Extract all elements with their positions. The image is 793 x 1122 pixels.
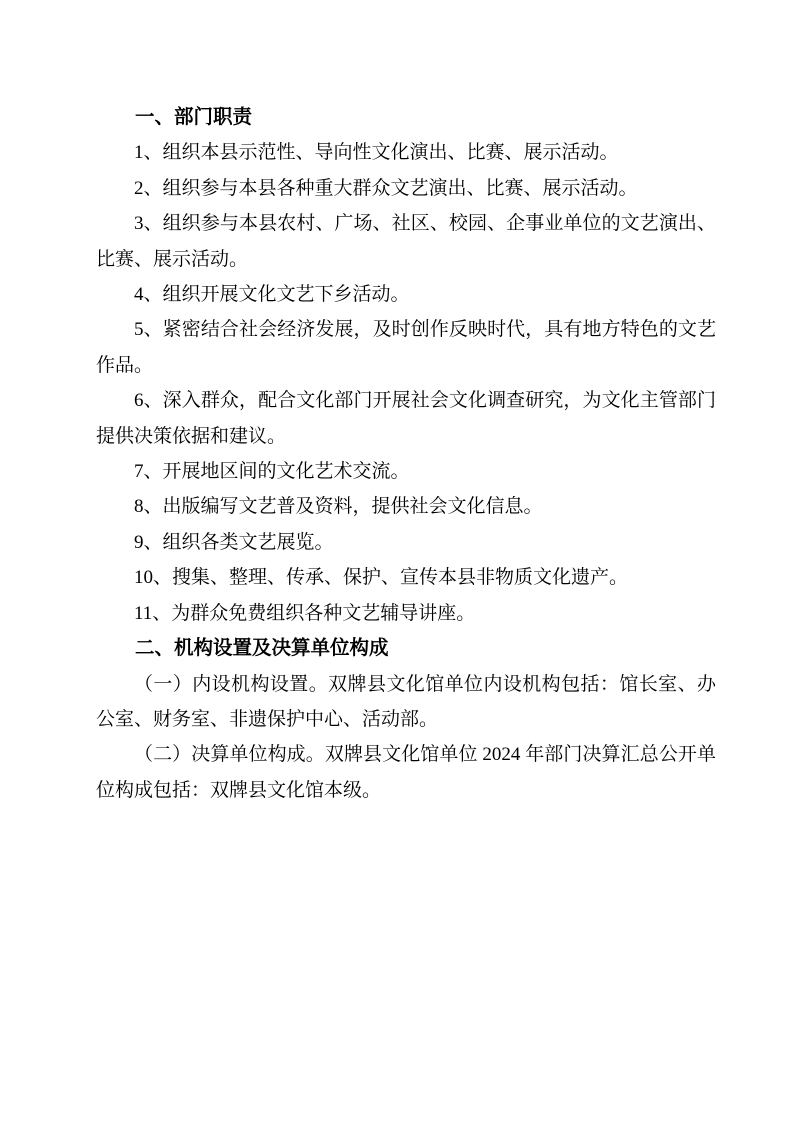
duty-item-6: 6、深入群众，配合文化部门开展社会文化调查研究，为文化主管部门提供决策依据和建议… [96, 383, 716, 454]
duty-item-8: 8、出版编写文艺普及资料，提供社会文化信息。 [96, 489, 716, 524]
duty-item-9: 9、组织各类文艺展览。 [96, 525, 716, 560]
document-page: 一、部门职责 1、组织本县示范性、导向性文化演出、比赛、展示活动。 2、组织参与… [0, 0, 793, 1122]
unit-composition-paragraph: （二）决算单位构成。双牌县文化馆单位 2024 年部门决算汇总公开单位构成包括：… [96, 737, 716, 808]
duty-item-10: 10、搜集、整理、传承、保护、宣传本县非物质文化遗产。 [96, 560, 716, 595]
duty-item-3: 3、组织参与本县农村、广场、社区、校园、企事业单位的文艺演出、比赛、展示活动。 [96, 206, 716, 277]
duty-item-2: 2、组织参与本县各种重大群众文艺演出、比赛、展示活动。 [96, 171, 716, 206]
section-heading-duties: 一、部门职责 [96, 100, 716, 135]
duty-item-7: 7、开展地区间的文化艺术交流。 [96, 454, 716, 489]
section-heading-organization: 二、机构设置及决算单位构成 [96, 631, 716, 666]
duty-item-1: 1、组织本县示范性、导向性文化演出、比赛、展示活动。 [96, 135, 716, 170]
duty-item-4: 4、组织开展文化文艺下乡活动。 [96, 277, 716, 312]
internal-structure-paragraph: （一）内设机构设置。双牌县文化馆单位内设机构包括：馆长室、办公室、财务室、非遗保… [96, 667, 716, 738]
duty-item-5: 5、紧密结合社会经济发展，及时创作反映时代，具有地方特色的文艺作品。 [96, 312, 716, 383]
duty-item-11: 11、为群众免费组织各种文艺辅导讲座。 [96, 596, 716, 631]
